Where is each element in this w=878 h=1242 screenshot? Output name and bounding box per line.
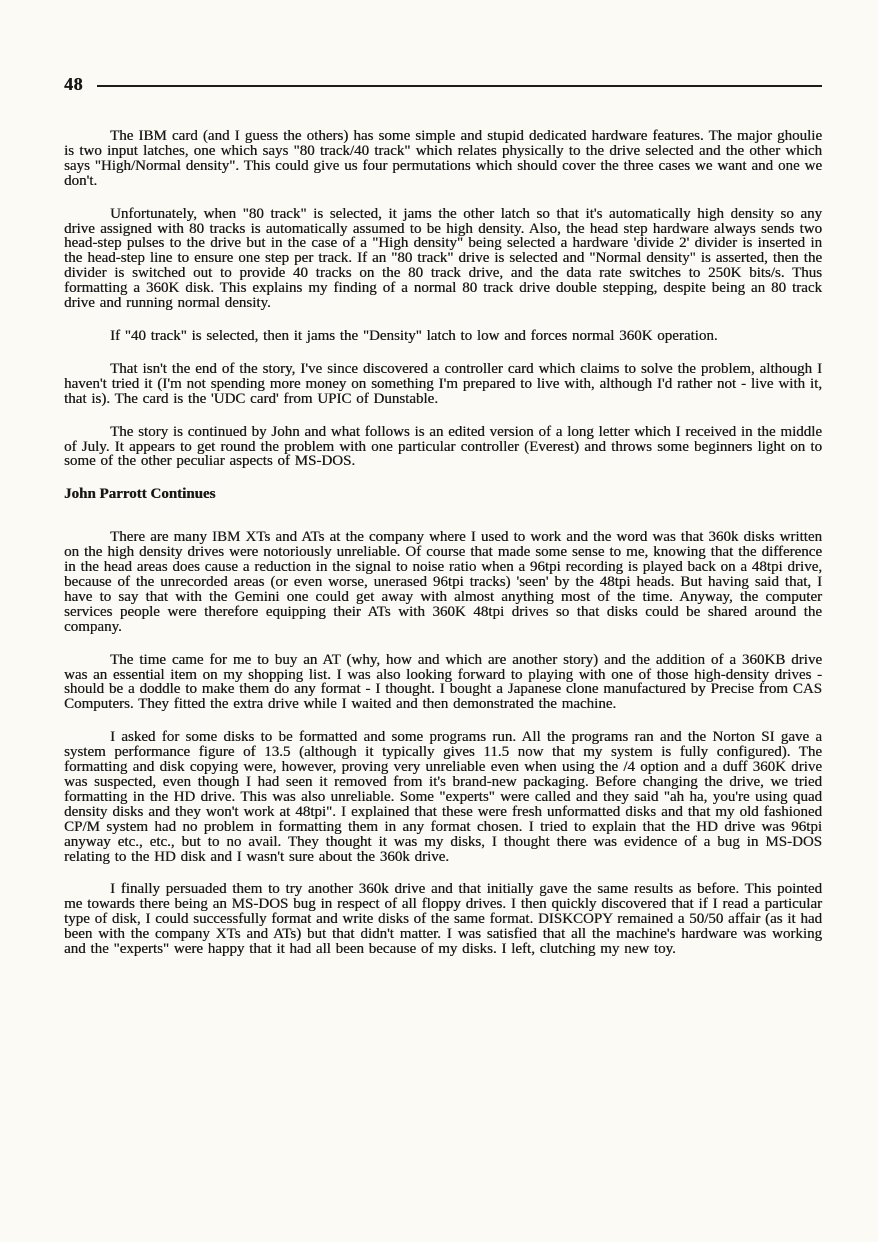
body-paragraph: If "40 track" is selected, then it jams … [64,329,822,344]
page-header: 48 [64,74,822,95]
body-paragraph: I finally persuaded them to try another … [64,882,822,957]
body-paragraph: There are many IBM XTs and ATs at the co… [64,530,822,634]
page-number: 48 [64,74,83,95]
scanned-document-page: 48 The IBM card (and I guess the others)… [0,0,878,1242]
body-paragraph: The IBM card (and I guess the others) ha… [64,129,822,189]
body-paragraph: The time came for me to buy an AT (why, … [64,653,822,713]
article-body: The IBM card (and I guess the others) ha… [64,129,822,957]
section-heading: John Parrott Continues [64,487,822,502]
body-paragraph: I asked for some disks to be formatted a… [64,730,822,864]
body-paragraph: The story is continued by John and what … [64,425,822,470]
body-paragraph: That isn't the end of the story, I've si… [64,362,822,407]
header-rule [97,85,822,88]
body-paragraph: Unfortunately, when "80 track" is select… [64,207,822,311]
